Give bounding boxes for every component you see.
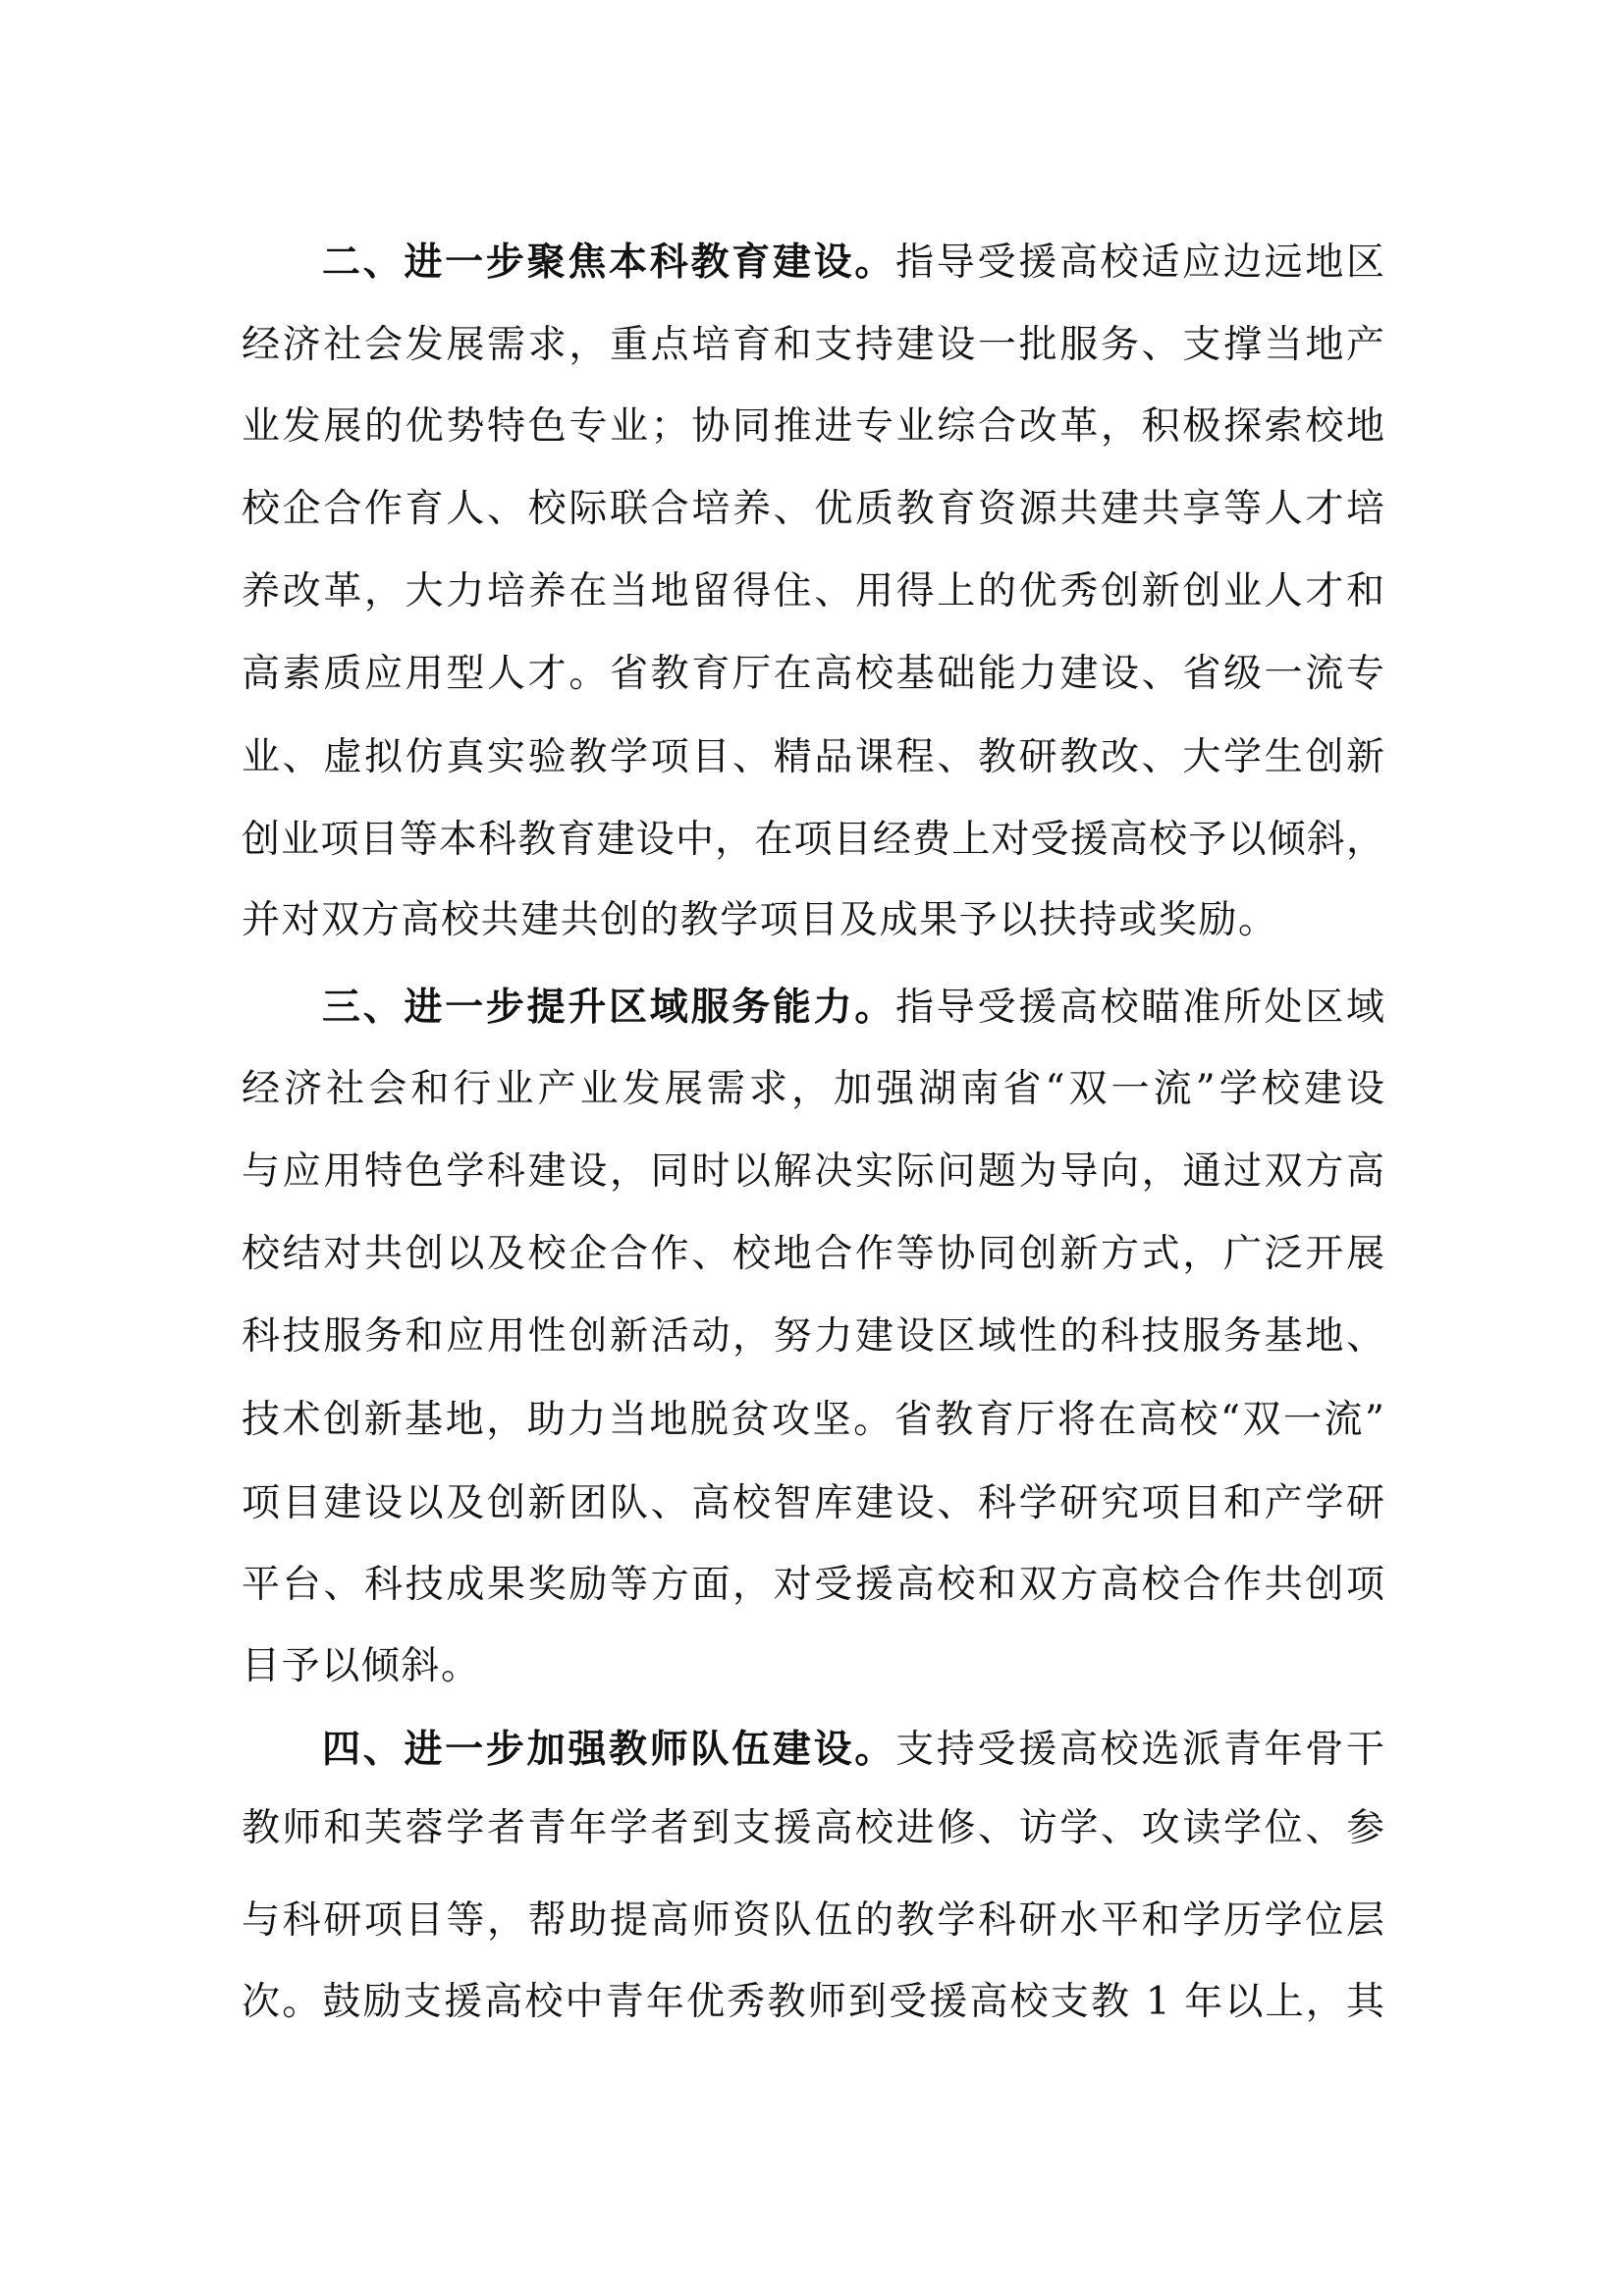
paragraph-text: 指导受援高校适应边远地区 [895, 240, 1384, 285]
paragraph-3-line-8: 平台、科技成果奖励等方面，对受援高校和双方高校合作共创项 [242, 1544, 1384, 1627]
paragraph-4-line-3: 与科研项目等，帮助提高师资队伍的教学科研水平和学历学位层 [242, 1880, 1384, 1962]
paragraph-3-line-7: 项目建设以及创新团队、高校智库建设、科学研究项目和产学研 [242, 1463, 1384, 1545]
paragraph-2-line-8: 创业项目等本科教育建设中，在项目经费上对受援高校予以倾斜， [242, 799, 1384, 881]
paragraph-4-line-4: 次。鼓励支援高校中青年优秀教师到受援高校支教 1 年以上，其 [242, 1961, 1384, 2044]
paragraph-2-line-2: 经济社会发展需求，重点培育和支持建设一批服务、支撑当地产 [242, 304, 1384, 387]
section-heading-3: 三、进一步提升区域服务能力。 [322, 986, 895, 1030]
paragraph-2-line-7: 业、虚拟仿真实验教学项目、精品课程、教研教改、大学生创新 [242, 717, 1384, 799]
paragraph-4-line-2: 教师和芙蓉学者青年学者到支援高校进修、访学、攻读学位、参 [242, 1788, 1384, 1870]
paragraph-3-line-5: 科技服务和应用性创新活动，努力建设区域性的科技服务基地、 [242, 1296, 1384, 1378]
paragraph-text: 支持受援高校选派青年骨干 [895, 1728, 1384, 1772]
paragraph-2-line-4: 校企合作育人、校际联合培养、优质教育资源共建共享等人才培 [242, 468, 1384, 551]
paragraph-3-line-3: 与应用特色学科建设，同时以解决实际问题为导向，通过双方高 [242, 1131, 1384, 1213]
paragraph-3-line-6: 技术创新基地，助力当地脱贫攻坚。省教育厅将在高校“双一流” [242, 1379, 1384, 1462]
paragraph-2-line-6: 高素质应用型人才。省教育厅在高校基础能力建设、省级一流专 [242, 633, 1384, 716]
paragraph-2-line-1: 二、进一步聚焦本科教育建设。指导受援高校适应边远地区 [322, 222, 1384, 304]
paragraph-4-line-1: 四、进一步加强教师队伍建设。支持受援高校选派青年骨干 [322, 1709, 1384, 1791]
paragraph-3-line-9: 目予以倾斜。 [242, 1626, 1384, 1708]
paragraph-2-line-3: 业发展的优势特色专业；协同推进专业综合改革，积极探索校地 [242, 386, 1384, 468]
document-page: 二、进一步聚焦本科教育建设。指导受援高校适应边远地区 经济社会发展需求，重点培育… [0, 0, 1624, 2296]
section-heading-2: 二、进一步聚焦本科教育建设。 [322, 240, 895, 285]
paragraph-text: 指导受援高校瞄准所处区域 [895, 986, 1384, 1030]
paragraph-3-line-4: 校结对共创以及校企合作、校地合作等协同创新方式，广泛开展 [242, 1213, 1384, 1296]
paragraph-3-line-2: 经济社会和行业产业发展需求，加强湖南省“双一流”学校建设 [242, 1048, 1384, 1131]
paragraph-2-line-5: 养改革，大力培养在当地留得住、用得上的优秀创新创业人才和 [242, 551, 1384, 633]
paragraph-2-line-9: 并对双方高校共建共创的教学项目及成果予以扶持或奖励。 [242, 880, 1384, 962]
section-heading-4: 四、进一步加强教师队伍建设。 [322, 1728, 895, 1772]
paragraph-3-line-1: 三、进一步提升区域服务能力。指导受援高校瞄准所处区域 [322, 967, 1384, 1049]
